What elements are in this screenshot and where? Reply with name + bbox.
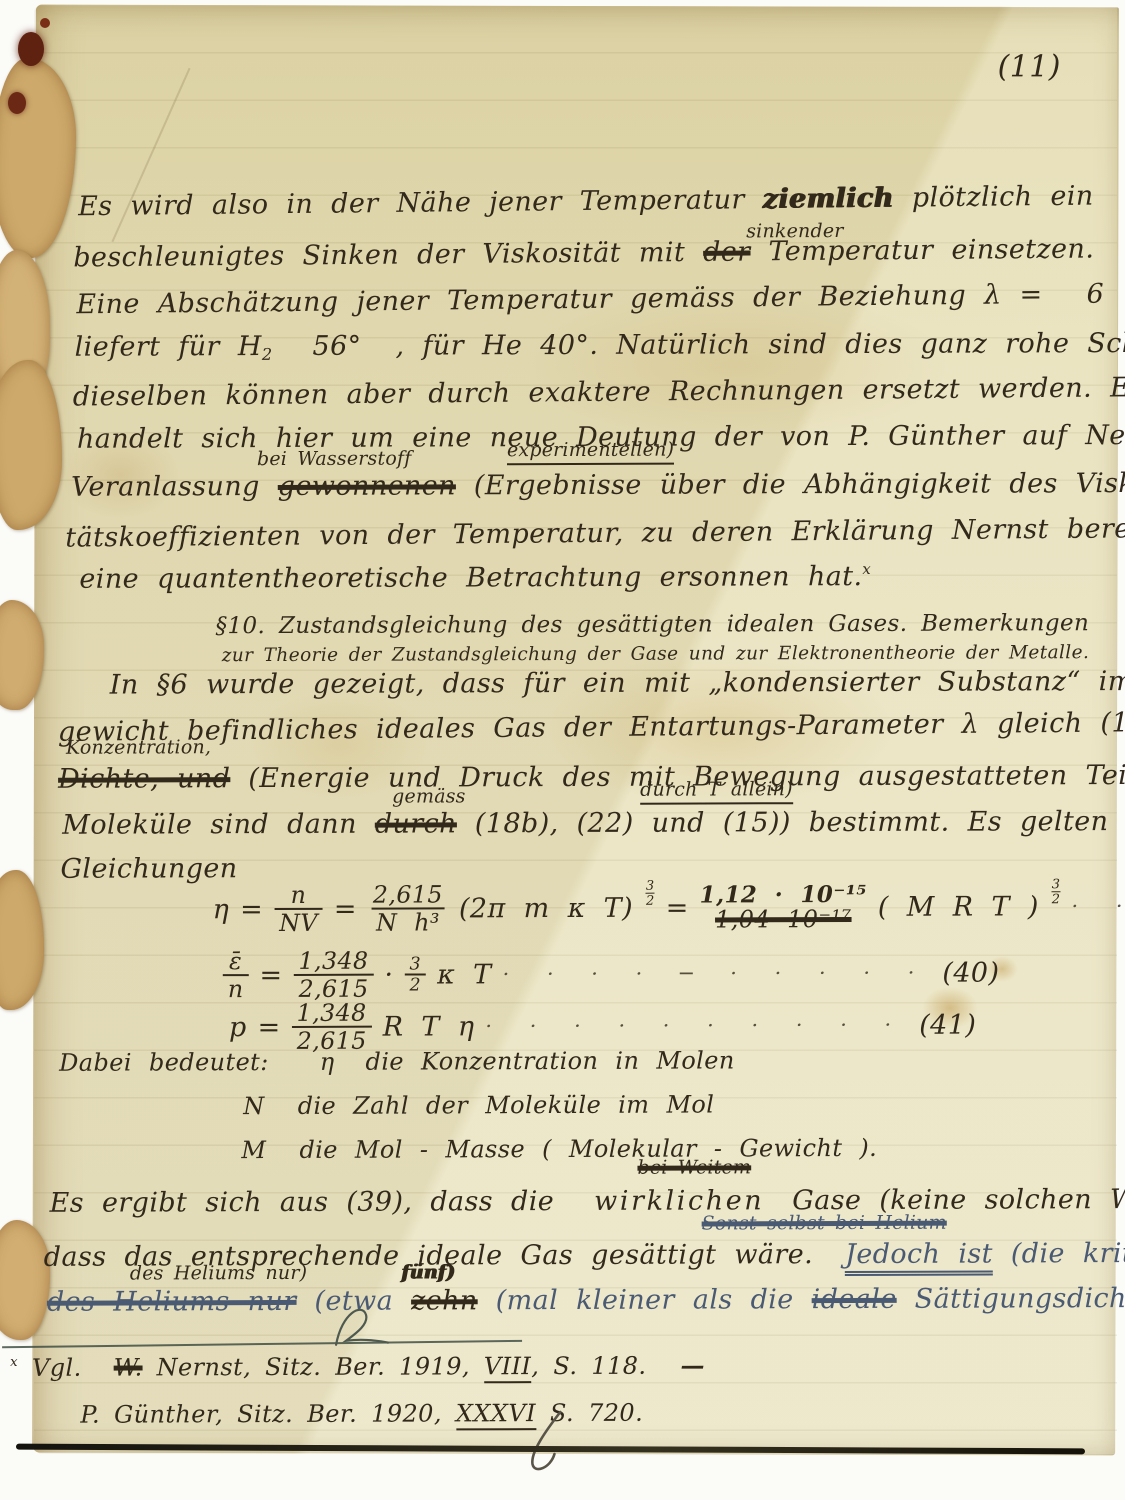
insertion-experimentellen: experimentellen) bbox=[507, 440, 674, 465]
equation-number: (41) bbox=[919, 1009, 976, 1040]
para1-line3: Eine Abschätzung jener Temperatur gemäss… bbox=[76, 279, 1104, 321]
para1-line4: liefert für H2 56° , für He 40°. Natürli… bbox=[75, 328, 1125, 366]
fraction: 1,3482,615 bbox=[293, 949, 373, 1002]
para2-line2: gewicht befindliches ideales Gas der Ent… bbox=[58, 707, 1125, 748]
para1-line9: eine quantentheoretische Betrachtung ers… bbox=[79, 561, 871, 595]
para2-line1: In §6 wurde gezeigt, dass für ein mit „k… bbox=[110, 666, 1125, 701]
page-number: (11) bbox=[998, 50, 1061, 85]
para1-line2: beschleunigtes Sinken der Viskosität mit… bbox=[73, 233, 1094, 273]
footnote-mark: x bbox=[10, 1355, 18, 1370]
fraction-3-2: 32 bbox=[404, 955, 426, 995]
underlined-roman-numeral: VIII bbox=[484, 1352, 531, 1383]
equation-40: ε̄n = 1,3482,615 · 32 κ T · · · · ─ · · … bbox=[223, 946, 1000, 1002]
insertion-konzentration: Konzentration, bbox=[66, 737, 211, 759]
exponent-3-2: 32 bbox=[646, 880, 655, 908]
footnote-separator bbox=[2, 1340, 522, 1348]
fraction: nNV bbox=[274, 883, 323, 936]
equation-number: (40) bbox=[942, 957, 999, 988]
struck-word: ideale bbox=[812, 1284, 897, 1315]
struck-word: der bbox=[703, 236, 751, 267]
struck-initial: W. bbox=[114, 1353, 143, 1381]
para2-line3: Dichte, und (Energie und Druck des mit B… bbox=[58, 760, 1125, 795]
para3-line3: des Heliums nur (etwa zehn (mal kleiner … bbox=[47, 1283, 1125, 1318]
para1-line1: Es wird also in der Nähe jener Temperatu… bbox=[78, 181, 1094, 223]
pencil-checkmark bbox=[502, 1408, 582, 1478]
para1-line5: dieselben können aber durch exaktere Rec… bbox=[73, 372, 1125, 412]
struck-word: zehn bbox=[411, 1285, 478, 1316]
definition-N: N die Zahl der Moleküle im Mol bbox=[243, 1091, 714, 1120]
equation-39: η = nNV = 2,615N h³ (2π m κ T)32 = 1,12 … bbox=[212, 880, 1125, 937]
inserted-jedoch-ist: Jedoch ist bbox=[845, 1239, 993, 1277]
fraction: 2,615N h³ bbox=[368, 882, 448, 935]
struck-coefficient: 1,04 10⁻¹⁷ bbox=[715, 907, 852, 933]
section-heading-line2: zur Theorie der Zustandsgleichung der Ga… bbox=[222, 642, 1090, 666]
footnote-mark: x bbox=[862, 560, 871, 578]
para2-line4: Moleküle sind dann durch (18b), (22) und… bbox=[62, 806, 1125, 841]
struck-word: durch bbox=[375, 808, 457, 839]
struck-insertion-bei-weitem: bei Weitem bbox=[637, 1157, 751, 1179]
definitions-intro: Dabei bedeutet: η die Konzentration in M… bbox=[59, 1047, 735, 1077]
definition-M: M die Mol - Masse ( Molekular - Gewicht … bbox=[241, 1135, 877, 1165]
overwritten-word: ziemlich bbox=[763, 183, 894, 215]
fraction: 1,3482,615 bbox=[292, 1001, 372, 1054]
insertion-bei-wasserstoff: bei Wasserstoff bbox=[257, 449, 412, 471]
para1-line7: Veranlassung gewonnenen (Ergebnisse über… bbox=[71, 468, 1125, 503]
insertion-des-heliums-nur: des Heliums nur) fünf) bbox=[130, 1262, 456, 1285]
manuscript-text: (11) Es wird also in der Nähe jener Temp… bbox=[0, 0, 1125, 1500]
section-heading-line1: §10. Zustandsgleichung des gesättigten i… bbox=[216, 610, 1090, 639]
exponent-3-2: 32 bbox=[1052, 879, 1061, 907]
struck-insertion-sonst-selbst: Sonst selbst bei Helium bbox=[702, 1213, 947, 1236]
insertion-durch-t-allein: durch T allein) bbox=[640, 779, 793, 804]
struck-words: Dichte, und bbox=[58, 763, 230, 795]
struck-word: gewonnenen bbox=[278, 470, 456, 502]
struck-words: des Heliums nur bbox=[47, 1286, 297, 1318]
scanned-manuscript-page: (11) Es wird also in der Nähe jener Temp… bbox=[0, 0, 1125, 1500]
para2-line5: Gleichungen bbox=[60, 853, 237, 885]
pencil-loop bbox=[332, 1301, 392, 1349]
para3-line1: Es ergibt sich aus (39), dass die wirkli… bbox=[50, 1183, 1125, 1219]
fraction: ε̄n bbox=[223, 949, 249, 1002]
para1-line8: tätskoeffizienten von der Temperatur, zu… bbox=[65, 513, 1125, 554]
footnote-line1: x Vgl. W. Nernst, Sitz. Ber. 1919, VIII,… bbox=[10, 1352, 705, 1383]
corrected-coefficient: 1,12 · 10⁻¹⁵ 1,04 10⁻¹⁷ bbox=[700, 883, 867, 933]
insertion-gemaess: gemäss bbox=[392, 786, 466, 808]
equation-41: p = 1,3482,615 R T η · · · · · · · · · ·… bbox=[229, 999, 976, 1055]
